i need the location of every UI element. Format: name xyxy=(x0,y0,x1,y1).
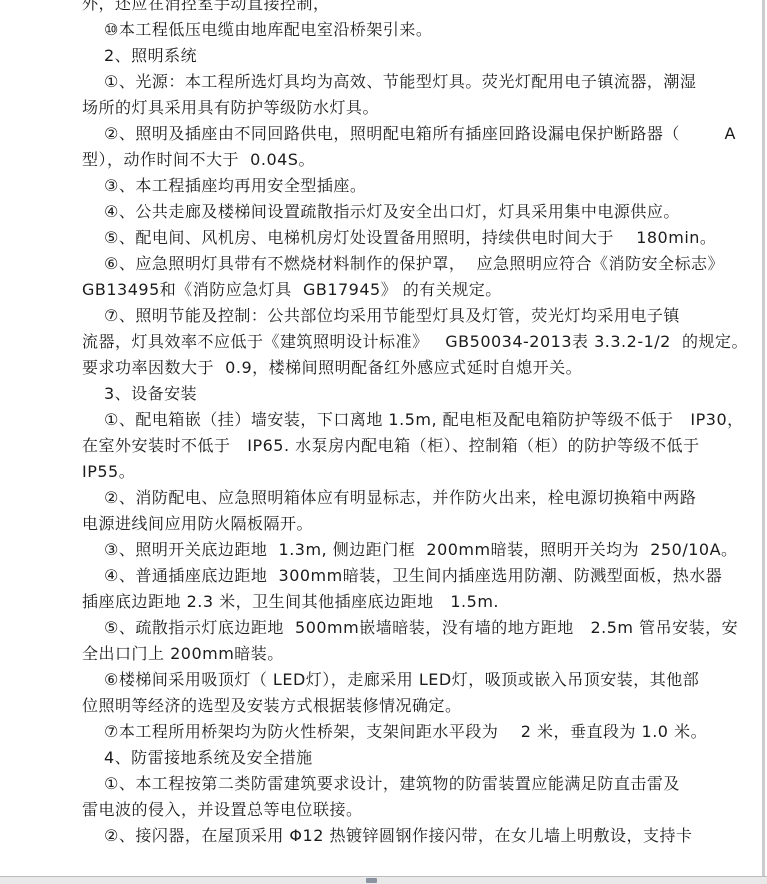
text-line: ②、接闪器，在屋顶采用 Φ12 热镀锌圆钢作接闪带，在女儿墙上明敷设，支持卡 xyxy=(82,823,722,849)
text-line: ⑥楼梯间采用吸顶灯（ LED灯），走廊采用 LED灯，吸顶或嵌入吊顶安装，其他部 xyxy=(82,667,722,693)
text-line: 插座底边距地 2.3 米，卫生间其他插座底边距地 1.5m. xyxy=(82,589,722,615)
text-line: ①、光源：本工程所选灯具均为高效、节能型灯具。荧光灯配用电子镇流器，潮湿 xyxy=(82,69,722,95)
text-line: ①、本工程按第二类防雷建筑要求设计，建筑物的防雷装置应能满足防直击雷及 xyxy=(82,771,722,797)
text-line: ⑥、应急照明灯具带有不燃烧材料制作的保护罩， 应急照明应符合《消防安全标志》 xyxy=(82,251,722,277)
text-line: ④、普通插座底边距地 300mm暗装，卫生间内插座选用防潮、防溅型面板，热水器 xyxy=(82,563,722,589)
document-page: 外，还应在消控室手动直接控制，⑩本工程低压电缆由地库配电室沿桥架引来。2、照明系… xyxy=(0,0,762,876)
page-right-edge-divider xyxy=(762,0,765,876)
text-line: ④、公共走廊及楼梯间设置疏散指示灯及安全出口灯，灯具采用集中电源供应。 xyxy=(82,199,722,225)
text-line: 位照明等经济的选型及安装方式根据装修情况确定。 xyxy=(82,693,722,719)
text-line: ⑦本工程所用桥架均为防火性桥架，支架间距水平段为 2 米，垂直段为 1.0 米。 xyxy=(82,719,722,745)
text-line: ①、配电箱嵌（挂）墙安装，下口离地 1.5m, 配电柜及配电箱防护等级不低于 I… xyxy=(82,407,722,433)
text-line: ③、照明开关底边距地 1.3m, 侧边距门框 200mm暗装，照明开关均为 25… xyxy=(82,537,722,563)
text-line: ⑦、照明节能及控制：公共部位均采用节能型灯具及灯管，荧光灯均采用电子镇 xyxy=(82,303,722,329)
text-line: 型），动作时间不大于 0.04S。 xyxy=(82,147,722,173)
text-line: 场所的灯具采用具有防护等级防水灯具。 xyxy=(82,95,722,121)
text-line: ③、本工程插座均再用安全型插座。 xyxy=(82,173,722,199)
text-line: ⑤、疏散指示灯底边距地 500mm嵌墙暗装，没有墙的地方距地 2.5m 管吊安装… xyxy=(82,615,722,641)
text-line: 4、防雷接地系统及安全措施 xyxy=(82,745,722,771)
text-line: IP55。 xyxy=(82,459,722,485)
horizontal-scrollbar-track[interactable] xyxy=(0,876,767,884)
document-viewport: 外，还应在消控室手动直接控制，⑩本工程低压电缆由地库配电室沿桥架引来。2、照明系… xyxy=(0,0,767,884)
text-line: 在室外安装时不低于 IP65. 水泵房内配电箱（柜）、控制箱（柜）的防护等级不低… xyxy=(82,433,722,459)
text-line: 雷电波的侵入，并设置总等电位联接。 xyxy=(82,797,722,823)
text-line: 3、设备安装 xyxy=(82,381,722,407)
text-line: 2、照明系统 xyxy=(82,43,722,69)
text-line: 外，还应在消控室手动直接控制， xyxy=(82,0,722,17)
text-line: ②、照明及插座由不同回路供电，照明配电箱所有插座回路设漏电保护断路器（ A xyxy=(82,121,722,147)
text-line: 要求功率因数大于 0.9，楼梯间照明配备红外感应式延时自熄开关。 xyxy=(82,355,722,381)
horizontal-scrollbar-thumb[interactable] xyxy=(366,878,377,883)
text-line: 流器，灯具效率不应低于《建筑照明设计标准》 GB50034-2013表 3.3.… xyxy=(82,329,722,355)
text-line: 全出口门上 200mm暗装。 xyxy=(82,641,722,667)
text-line: ⑤、配电间、风机房、电梯机房灯处设置备用照明，持续供电时间大于 180min。 xyxy=(82,225,722,251)
document-text-block: 外，还应在消控室手动直接控制，⑩本工程低压电缆由地库配电室沿桥架引来。2、照明系… xyxy=(82,0,722,849)
text-line: 电源进线间应用防火隔板隔开。 xyxy=(82,511,722,537)
text-line: ②、消防配电、应急照明箱体应有明显标志，并作防火出来，栓电源切换箱中两路 xyxy=(82,485,722,511)
text-line: ⑩本工程低压电缆由地库配电室沿桥架引来。 xyxy=(82,17,722,43)
text-line: GB13495和《消防应急灯具 GB17945》 的有关规定。 xyxy=(82,277,722,303)
